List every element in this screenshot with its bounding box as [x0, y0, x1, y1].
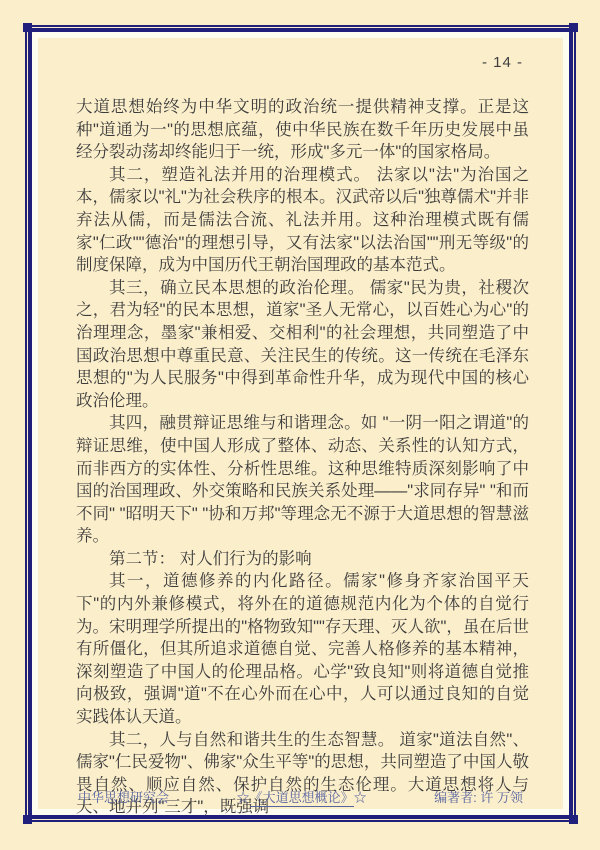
paragraph: 其三，确立民本思想的政治伦理。 儒家"民为贵，社稷次之，君为轻"的民本思想，道家… — [76, 277, 529, 413]
footer-author: 编著者: 许 万领 — [434, 787, 535, 806]
page-footer: 中华思想研究会 ☆《大道思想概论》☆ 编著者: 许 万领 — [66, 787, 535, 806]
page-number: - 14 - — [482, 54, 523, 71]
frame-corner-ornament — [23, 815, 32, 824]
page-content: - 14 - 大道思想始终为中华文明的政治统一提供精神支撑。正是这种"道通为一"… — [38, 38, 563, 809]
body-text-block: 大道思想始终为中华文明的政治统一提供精神支撑。正是这种"道通为一"的思想底蕴，使… — [76, 96, 529, 819]
paragraph: 其一，道德修养的内化路径。儒家"修身齐家治国平天下"的内外兼修模式，将外在的道德… — [76, 570, 529, 728]
frame-inner-border: - 14 - 大道思想始终为中华文明的政治统一提供精神支撑。正是这种"道通为一"… — [28, 28, 573, 819]
page-border-frame: - 14 - 大道思想始终为中华文明的政治统一提供精神支撑。正是这种"道通为一"… — [25, 25, 576, 822]
paragraph: 大道思想始终为中华文明的政治统一提供精神支撑。正是这种"道通为一"的思想底蕴，使… — [76, 96, 529, 164]
book-page: - 14 - 大道思想始终为中华文明的政治统一提供精神支撑。正是这种"道通为一"… — [0, 0, 600, 850]
star-icon: ☆ — [354, 790, 367, 805]
paragraph: 其二，塑造礼法并用的治理模式。 法家以"法"为治国之本，儒家以"礼"为社会秩序的… — [76, 164, 529, 277]
section-heading: 第二节： 对人们行为的影响 — [76, 548, 529, 571]
paragraph: 其四，融贯辩证思维与和谐理念。如 "一阴一阳之谓道"的辩证思维，使中国人形成了整… — [76, 412, 529, 548]
frame-corner-ornament — [569, 23, 578, 32]
footer-book-title-group: ☆《大道思想概论》☆ — [237, 787, 367, 806]
footer-publisher: 中华思想研究会 — [66, 787, 169, 806]
footer-book-title: 《大道思想概论》 — [250, 790, 354, 807]
frame-corner-ornament — [23, 23, 32, 32]
star-icon: ☆ — [237, 790, 250, 805]
frame-corner-ornament — [569, 815, 578, 824]
